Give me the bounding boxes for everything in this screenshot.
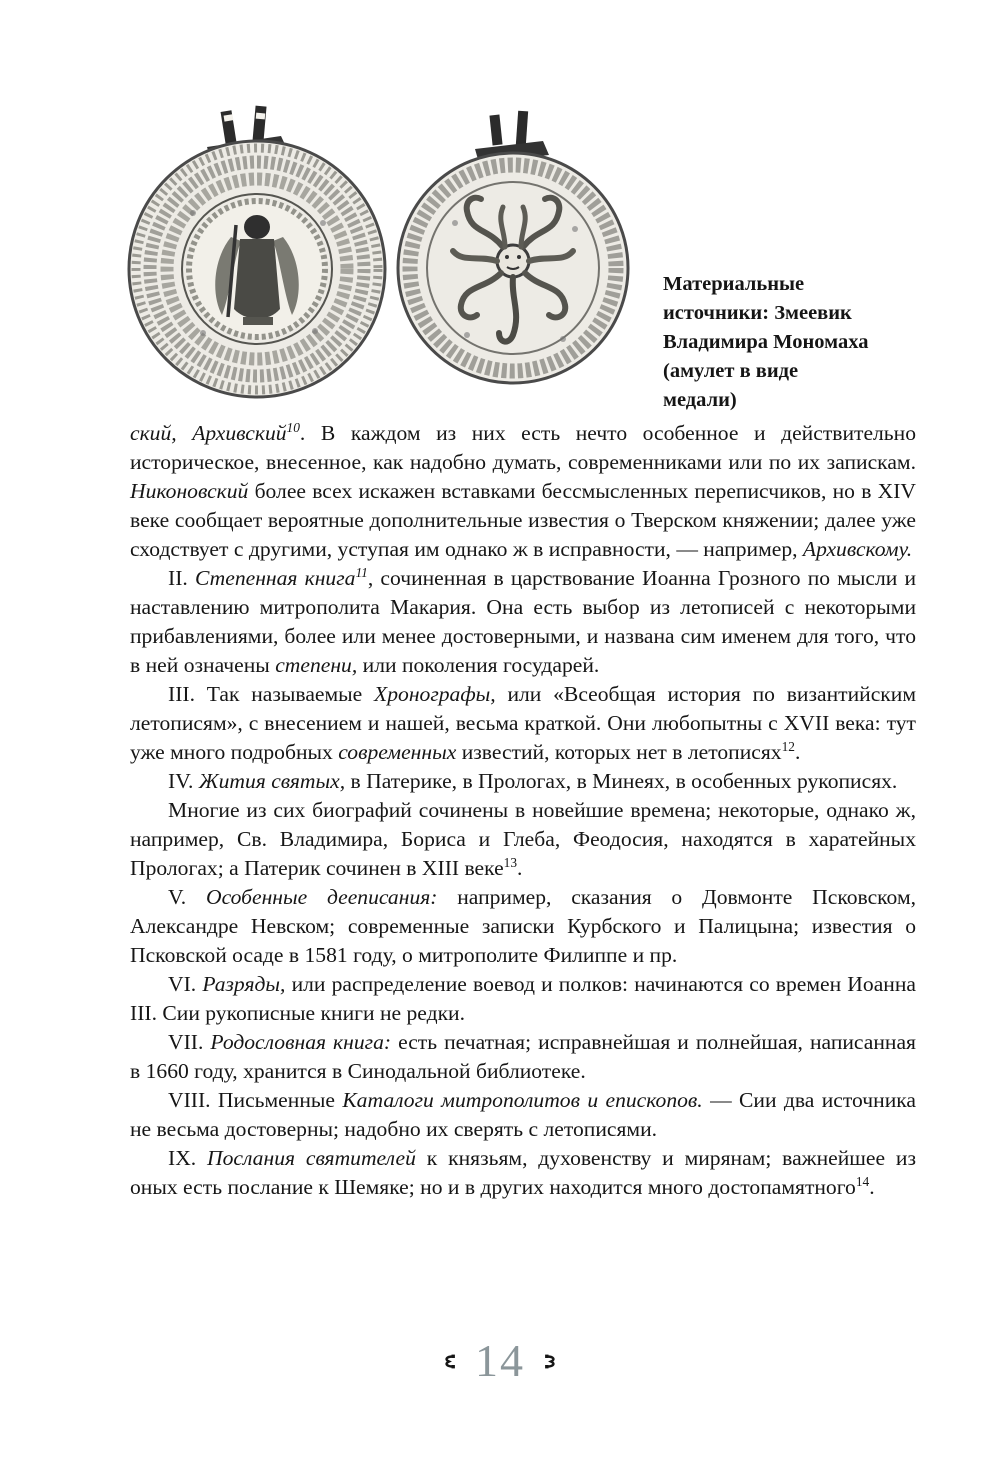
figure-caption-line: источники: Змеевик: [663, 299, 921, 328]
paragraph-iv-zhitiya-svyatykh: IV. Жития святых, в Патерике, в Прологах…: [130, 767, 916, 796]
paragraph-biografii: Многие из сих биографий сочинены в новей…: [130, 796, 916, 883]
page-footer: 14: [0, 1326, 1000, 1396]
figure-caption-line: (амулет в виде: [663, 357, 921, 386]
book-page: Материальные источники: Змеевик Владимир…: [0, 0, 1000, 1467]
zmeevik-reverse-serpent-medallion-icon: [393, 103, 638, 403]
paragraph-v-osobennye-deepisaniya: V. Особенные дееписания: например, сказа…: [130, 883, 916, 970]
figure-row: Материальные источники: Змеевик Владимир…: [0, 0, 1000, 420]
paragraph-ii-stepennaya-kniga: II. Степенная книга11, сочиненная в царс…: [130, 564, 916, 680]
paragraph-vii-rodoslovnaya-kniga: VII. Родословная книга: есть печатная; и…: [130, 1028, 916, 1086]
paragraph-viii-katalogi: VIII. Письменные Каталоги митрополитов и…: [130, 1086, 916, 1144]
figure-caption: Материальные источники: Змеевик Владимир…: [663, 270, 921, 415]
paragraph-iii-khronografy: III. Так называемые Хронографы, или «Все…: [130, 680, 916, 767]
zmeevik-obverse-angel-medallion-icon: [123, 103, 393, 403]
figure-caption-line: Материальные: [663, 270, 921, 299]
medallion-reverse-image: [393, 103, 638, 403]
figure-caption-line: Владимира Мономаха: [663, 328, 921, 357]
page-number: 14: [475, 1338, 525, 1384]
body-text: ский, Архивский10. В каждом из них есть …: [130, 419, 916, 1202]
paragraph-ix-poslaniya: IX. Послания святителей к князьям, духов…: [130, 1144, 916, 1202]
footer-ornament-left-icon: [440, 1353, 457, 1370]
paragraph-vi-razryady: VI. Разряды, или распределение воевод и …: [130, 970, 916, 1028]
footer-ornament-right-icon: [543, 1353, 560, 1370]
medallion-obverse-image: [123, 103, 393, 403]
paragraph-continuation: ский, Архивский10. В каждом из них есть …: [130, 419, 916, 564]
figure-caption-line: медали): [663, 386, 921, 415]
